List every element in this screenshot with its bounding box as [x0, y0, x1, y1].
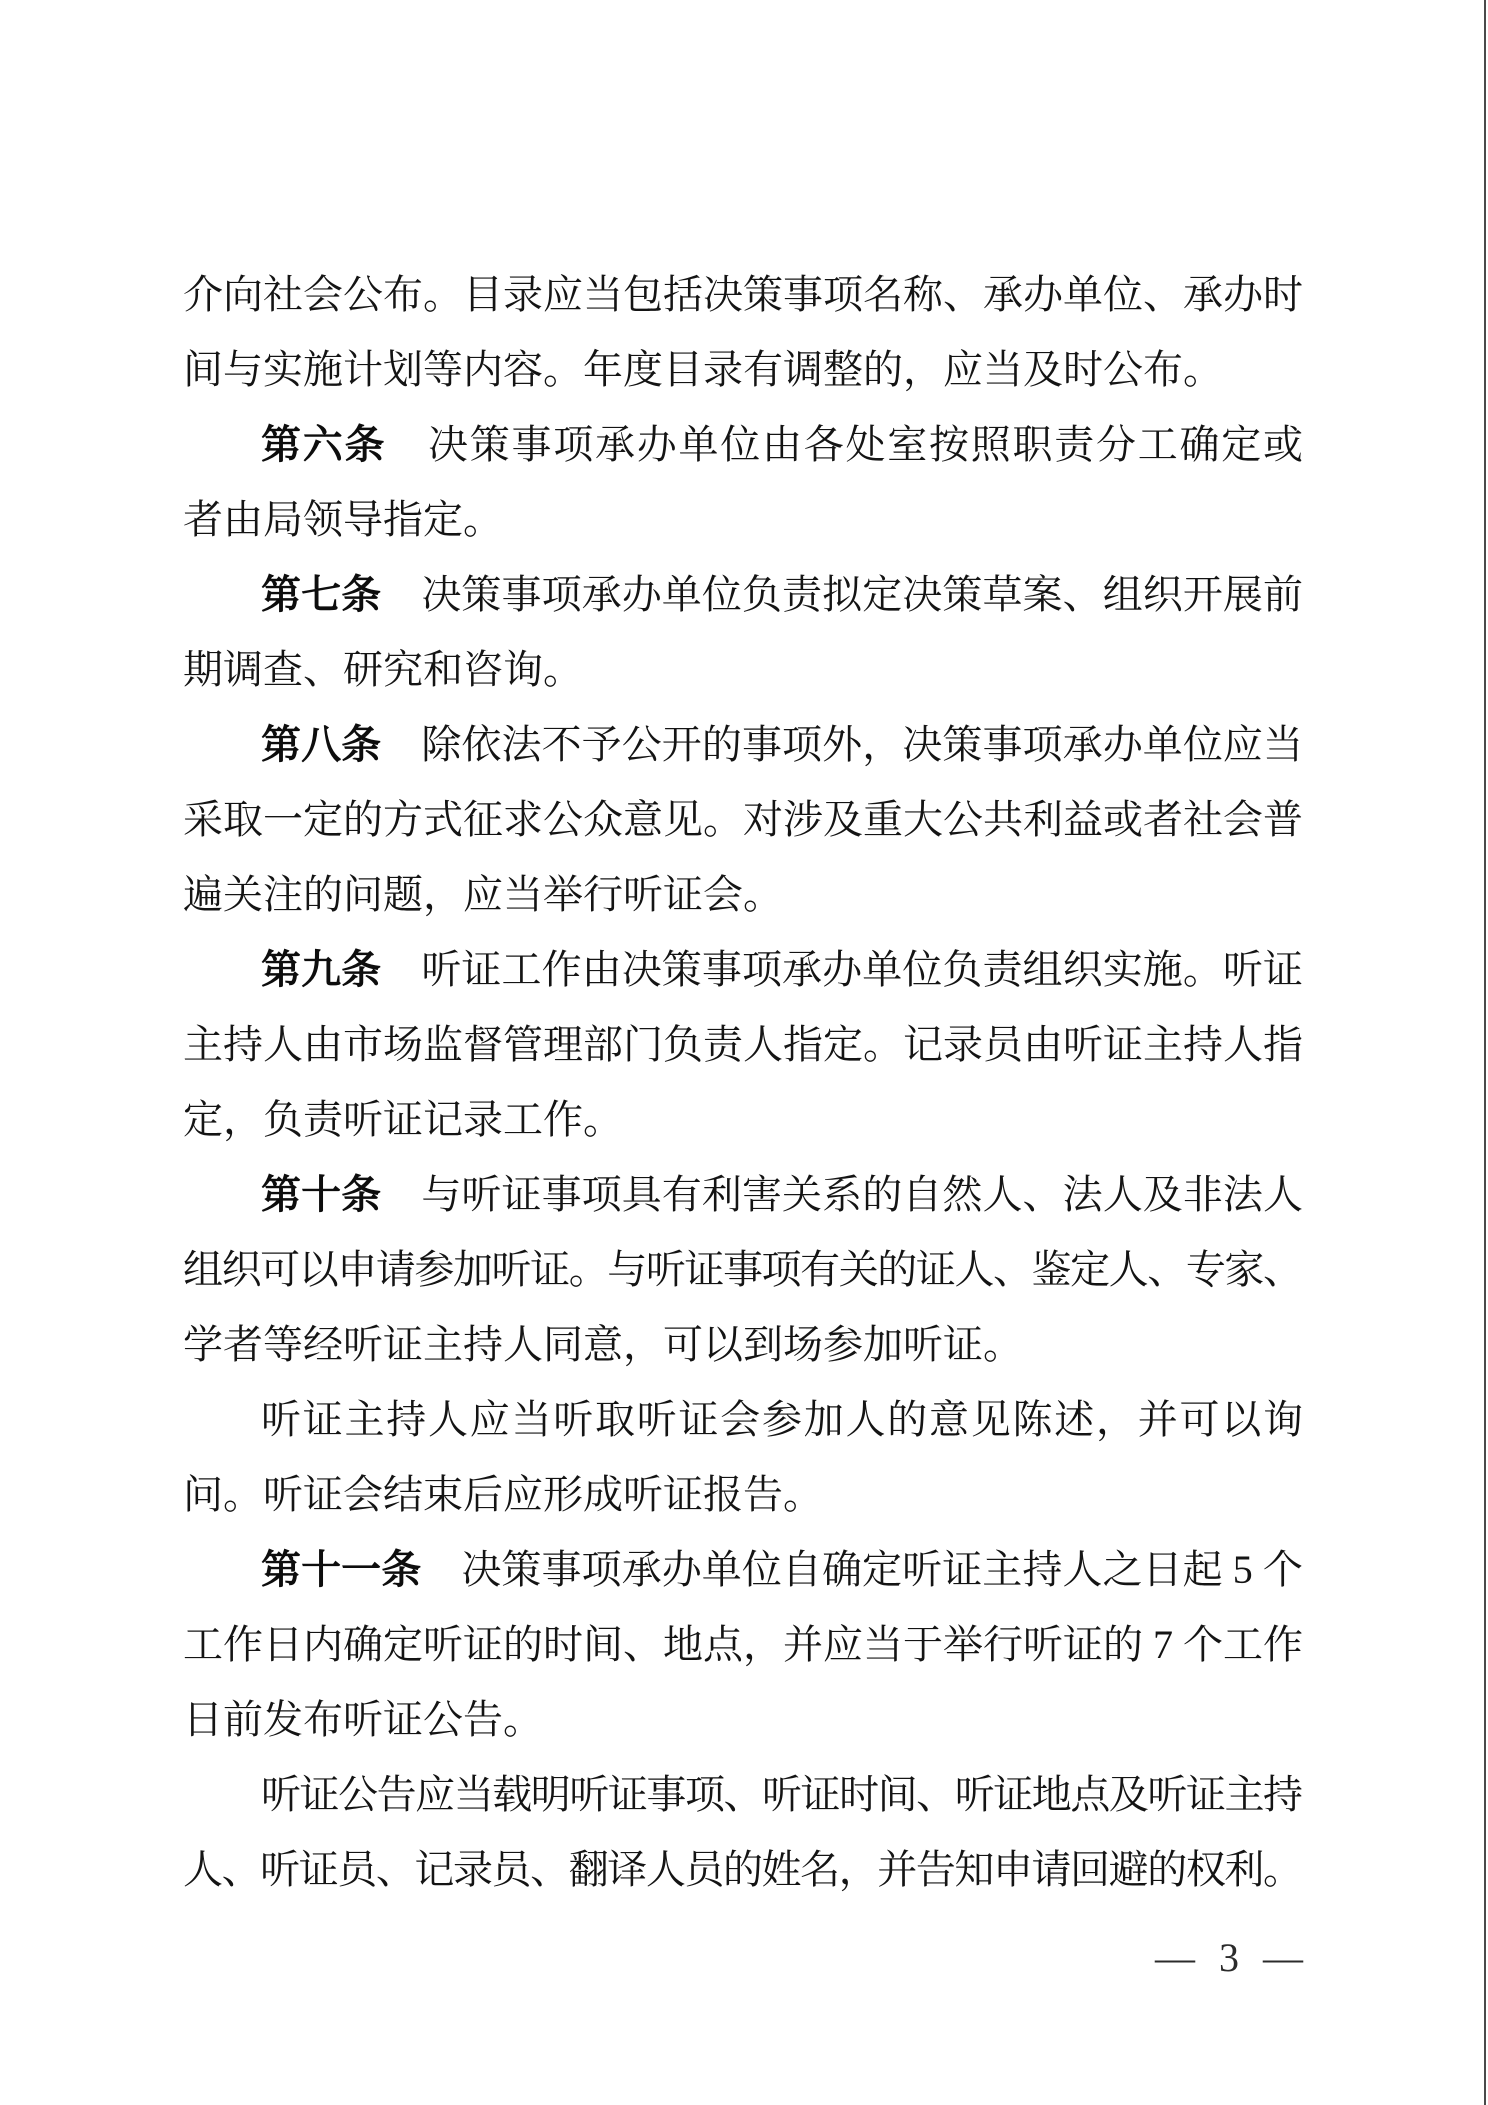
- paragraph-line: 采取一定的方式征求公众意见。对涉及重大公共利益或者社会普: [183, 782, 1303, 857]
- line-text: 第八条 除依法不予公开的事项外，决策事项承办单位应当: [261, 722, 1303, 767]
- paragraph-line: 遍关注的问题，应当举行听证会。: [183, 857, 1303, 932]
- line-text: 组织可以申请参加听证。与听证事项有关的证人、鉴定人、专家、: [183, 1247, 1302, 1292]
- line-text: 第十条 与听证事项具有利害关系的自然人、法人及非法人: [261, 1172, 1303, 1217]
- line-text: 人、听证员、记录员、翻译人员的姓名，并告知申请回避的权利。: [183, 1847, 1302, 1892]
- paragraph-line: 定，负责听证记录工作。: [183, 1082, 1303, 1157]
- line-text: 第六条 决策事项承办单位由各处室按照职责分工确定或: [261, 422, 1305, 467]
- line-text: 期调查、研究和咨询。: [183, 647, 583, 692]
- paragraph-line: 听证主持人应当听取听证会参加人的意见陈述，并可以询: [183, 1382, 1303, 1457]
- line-text: 者由局领导指定。: [183, 497, 503, 542]
- article-number-heading: 第六条: [261, 423, 386, 467]
- line-text: 第七条 决策事项承办单位负责拟定决策草案、组织开展前: [261, 572, 1303, 617]
- line-text: 第九条 听证工作由决策事项承办单位负责组织实施。听证: [261, 947, 1303, 992]
- article-paragraph-line: 第九条 听证工作由决策事项承办单位负责组织实施。听证: [183, 932, 1303, 1007]
- paragraph-line: 者由局领导指定。: [183, 482, 1303, 557]
- paragraph-line: 组织可以申请参加听证。与听证事项有关的证人、鉴定人、专家、: [183, 1232, 1303, 1307]
- line-text: 定，负责听证记录工作。: [183, 1097, 623, 1142]
- document-body: 介向社会公布。目录应当包括决策事项名称、承办单位、承办时间与实施计划等内容。年度…: [183, 257, 1303, 1907]
- article-number-heading: 第十一条: [261, 1548, 421, 1592]
- article-number-heading: 第十条: [261, 1173, 381, 1217]
- paragraph-line: 日前发布听证公告。: [183, 1682, 1303, 1757]
- article-paragraph-line: 第八条 除依法不予公开的事项外，决策事项承办单位应当: [183, 707, 1303, 782]
- page-number-label: — 3 —: [1155, 1935, 1303, 1980]
- paragraph-line: 介向社会公布。目录应当包括决策事项名称、承办单位、承办时: [183, 257, 1303, 332]
- line-text: 间与实施计划等内容。年度目录有调整的，应当及时公布。: [183, 347, 1223, 392]
- article-paragraph-line: 第六条 决策事项承办单位由各处室按照职责分工确定或: [183, 407, 1303, 482]
- document-page: 介向社会公布。目录应当包括决策事项名称、承办单位、承办时间与实施计划等内容。年度…: [0, 0, 1488, 2105]
- line-text: 学者等经听证主持人同意，可以到场参加听证。: [183, 1322, 1023, 1367]
- line-text: 工作日内确定听证的时间、地点，并应当于举行听证的 7 个工作: [183, 1622, 1303, 1667]
- paragraph-line: 问。听证会结束后应形成听证报告。: [183, 1457, 1303, 1532]
- paragraph-line: 间与实施计划等内容。年度目录有调整的，应当及时公布。: [183, 332, 1303, 407]
- paragraph-line: 学者等经听证主持人同意，可以到场参加听证。: [183, 1307, 1303, 1382]
- line-text: 听证公告应当载明听证事项、听证时间、听证地点及听证主持: [261, 1772, 1302, 1817]
- paragraph-line: 期调查、研究和咨询。: [183, 632, 1303, 707]
- line-text: 介向社会公布。目录应当包括决策事项名称、承办单位、承办时: [183, 272, 1303, 317]
- line-text: 采取一定的方式征求公众意见。对涉及重大公共利益或者社会普: [183, 797, 1303, 842]
- paragraph-line: 听证公告应当载明听证事项、听证时间、听证地点及听证主持: [183, 1757, 1303, 1832]
- article-paragraph-line: 第十一条 决策事项承办单位自确定听证主持人之日起 5 个: [183, 1532, 1303, 1607]
- scan-edge-line: [1484, 0, 1486, 2105]
- line-text: 遍关注的问题，应当举行听证会。: [183, 872, 783, 917]
- line-text: 第十一条 决策事项承办单位自确定听证主持人之日起 5 个: [261, 1547, 1303, 1592]
- paragraph-line: 人、听证员、记录员、翻译人员的姓名，并告知申请回避的权利。: [183, 1832, 1303, 1907]
- article-number-heading: 第八条: [261, 723, 381, 767]
- line-text: 主持人由市场监督管理部门负责人指定。记录员由听证主持人指: [183, 1022, 1303, 1067]
- article-number-heading: 第七条: [261, 573, 381, 617]
- paragraph-line: 工作日内确定听证的时间、地点，并应当于举行听证的 7 个工作: [183, 1607, 1303, 1682]
- line-text: 听证主持人应当听取听证会参加人的意见陈述，并可以询: [261, 1397, 1305, 1442]
- line-text: 日前发布听证公告。: [183, 1697, 543, 1742]
- article-number-heading: 第九条: [261, 948, 381, 992]
- article-paragraph-line: 第十条 与听证事项具有利害关系的自然人、法人及非法人: [183, 1157, 1303, 1232]
- page-footer: — 3 —: [1155, 1925, 1303, 1991]
- article-paragraph-line: 第七条 决策事项承办单位负责拟定决策草案、组织开展前: [183, 557, 1303, 632]
- line-text: 问。听证会结束后应形成听证报告。: [183, 1472, 823, 1517]
- paragraph-line: 主持人由市场监督管理部门负责人指定。记录员由听证主持人指: [183, 1007, 1303, 1082]
